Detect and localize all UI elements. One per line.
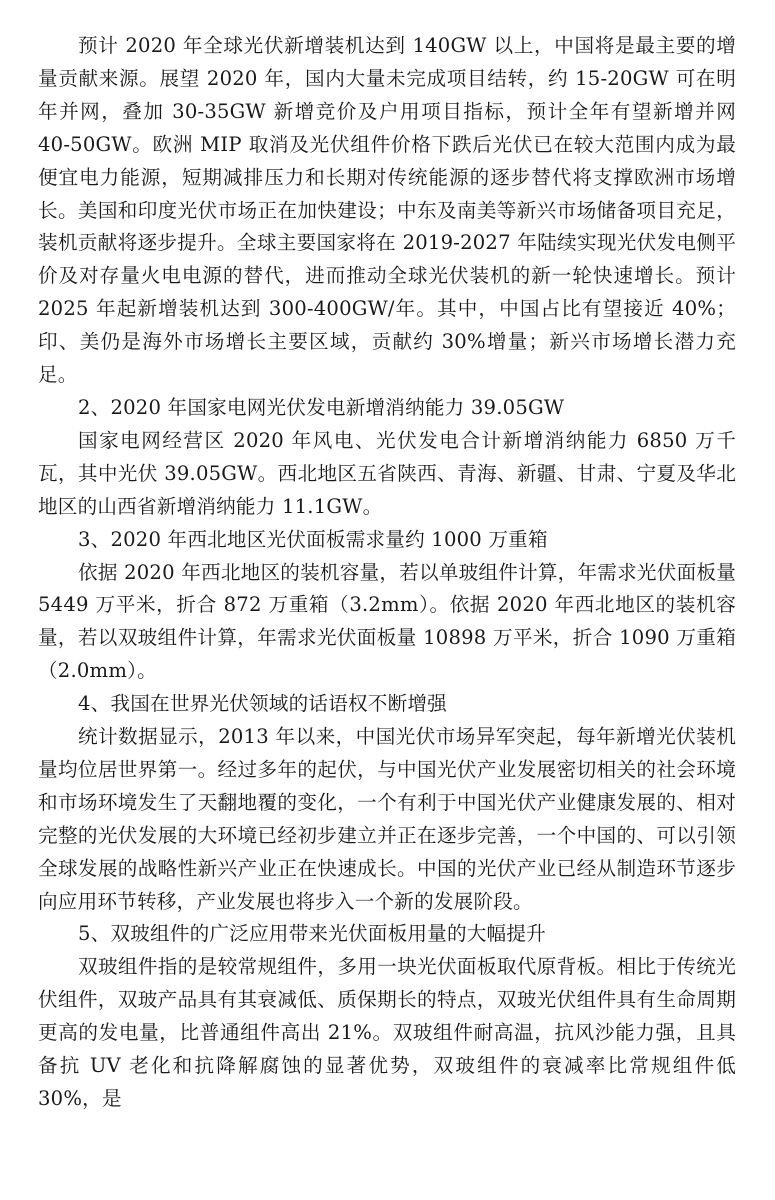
document-page: 预计 2020 年全球光伏新增装机达到 140GW 以上，中国将是最主要的增量贡…	[38, 30, 736, 1116]
paragraph-china-influence: 统计数据显示，2013 年以来，中国光伏市场异军突起，每年新增光伏装机量均位居世…	[38, 721, 736, 918]
paragraph-northwest-demand: 依据 2020 年西北地区的装机容量，若以单玻组件计算，年需求光伏面板量 544…	[38, 557, 736, 689]
paragraph-dual-glass-modules: 双玻组件指的是较常规组件，多用一块光伏面板取代原背板。相比于传统光伏组件，双玻产…	[38, 951, 736, 1116]
section-heading-2: 2、2020 年国家电网光伏发电新增消纳能力 39.05GW	[38, 392, 736, 425]
section-heading-4: 4、我国在世界光伏领域的话语权不断增强	[38, 688, 736, 721]
paragraph-global-pv-outlook: 预计 2020 年全球光伏新增装机达到 140GW 以上，中国将是最主要的增量贡…	[38, 30, 736, 392]
paragraph-grid-absorption: 国家电网经营区 2020 年风电、光伏发电合计新增消纳能力 6850 万千瓦，其…	[38, 425, 736, 524]
section-heading-3: 3、2020 年西北地区光伏面板需求量约 1000 万重箱	[38, 524, 736, 557]
section-heading-5: 5、双玻组件的广泛应用带来光伏面板用量的大幅提升	[38, 918, 736, 951]
